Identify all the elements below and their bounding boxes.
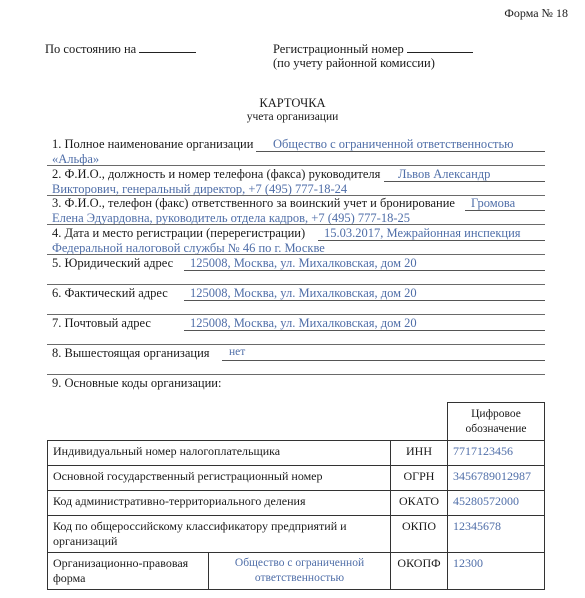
table-row: Индивидуальный номер налогоплательщика И…	[48, 441, 545, 466]
reg-number-blank[interactable]	[407, 40, 473, 53]
code-name: Основной государственный регистрационный…	[48, 466, 391, 491]
field-4-value[interactable]: 15.03.2017, Межрайонная инспекция	[324, 226, 521, 241]
field-5-value[interactable]: 125008, Москва, ул. Михалковская, дом 20	[190, 256, 417, 271]
code-value[interactable]: 12345678	[448, 516, 545, 553]
codes-table: Индивидуальный номер налогоплательщика И…	[47, 440, 545, 590]
field-1-label: 1. Полное наименование организации	[52, 137, 253, 152]
field-6-value[interactable]: 125008, Москва, ул. Михалковская, дом 20	[190, 286, 417, 301]
card-subtitle: учета организации	[0, 111, 585, 123]
reg-number-note: (по учету районной комиссии)	[273, 56, 435, 71]
divider	[47, 314, 545, 315]
code-abbr: ОКАТО	[391, 491, 448, 516]
table-row: Основной государственный регистрационный…	[48, 466, 545, 491]
code-value[interactable]: 45280572000	[448, 491, 545, 516]
code-abbr: ИНН	[391, 441, 448, 466]
table-row: Код по общероссийскому классификатору пр…	[48, 516, 545, 553]
divider	[47, 374, 545, 375]
field-4-label: 4. Дата и место регистрации (перерегистр…	[52, 226, 305, 241]
code-name: Организационно-правовая форма	[48, 553, 209, 590]
field-6-label: 6. Фактический адрес	[52, 286, 168, 301]
field-1-value[interactable]: Общество с ограниченной ответственностью	[273, 137, 514, 152]
code-name: Код по общероссийскому классификатору пр…	[48, 516, 391, 553]
as-of-date-field: По состоянию на	[45, 40, 196, 57]
code-abbr: ОКОПФ	[391, 553, 448, 590]
reg-number-field: Регистрационный номер	[273, 40, 473, 57]
as-of-label: По состоянию на	[45, 42, 136, 56]
divider	[47, 165, 545, 166]
divider	[47, 284, 545, 285]
field-5-label: 5. Юридический адрес	[52, 256, 173, 271]
table-row: Код административно-территориального дел…	[48, 491, 545, 516]
code-value[interactable]: 7717123456	[448, 441, 545, 466]
field-9-label: 9. Основные коды организации:	[52, 376, 221, 391]
field-3-value[interactable]: Громова	[471, 196, 515, 211]
divider	[47, 344, 545, 345]
divider	[47, 254, 545, 255]
code-name: Код административно-территориального дел…	[48, 491, 391, 516]
field-8-label: 8. Вышестоящая организация	[52, 346, 210, 361]
form-number: Форма № 18	[504, 6, 568, 21]
field-2-value[interactable]: Львов Александр	[398, 167, 490, 182]
field-3-label: 3. Ф.И.О., телефон (факс) ответственного…	[52, 196, 455, 211]
code-name: Индивидуальный номер налогоплательщика	[48, 441, 391, 466]
card-title: КАРТОЧКА	[0, 96, 585, 111]
code-value[interactable]: 12300	[448, 553, 545, 590]
code-value[interactable]: 3456789012987	[448, 466, 545, 491]
field-7-label: 7. Почтовый адрес	[52, 316, 151, 331]
code-abbr: ОКПО	[391, 516, 448, 553]
field-7-value[interactable]: 125008, Москва, ул. Михалковская, дом 20	[190, 316, 417, 331]
field-8-value[interactable]: нет	[229, 346, 245, 358]
as-of-date-blank[interactable]	[139, 40, 196, 53]
reg-number-label: Регистрационный номер	[273, 42, 404, 56]
legal-form-value[interactable]: Общество с ограниченной ответственностью	[209, 553, 391, 590]
digital-code-header: Цифровое обозначение	[447, 402, 545, 440]
divider	[47, 224, 545, 225]
field-8-underline	[222, 360, 545, 361]
table-row: Организационно-правовая форма Общество с…	[48, 553, 545, 590]
code-abbr: ОГРН	[391, 466, 448, 491]
field-2-label: 2. Ф.И.О., должность и номер телефона (ф…	[52, 167, 380, 182]
